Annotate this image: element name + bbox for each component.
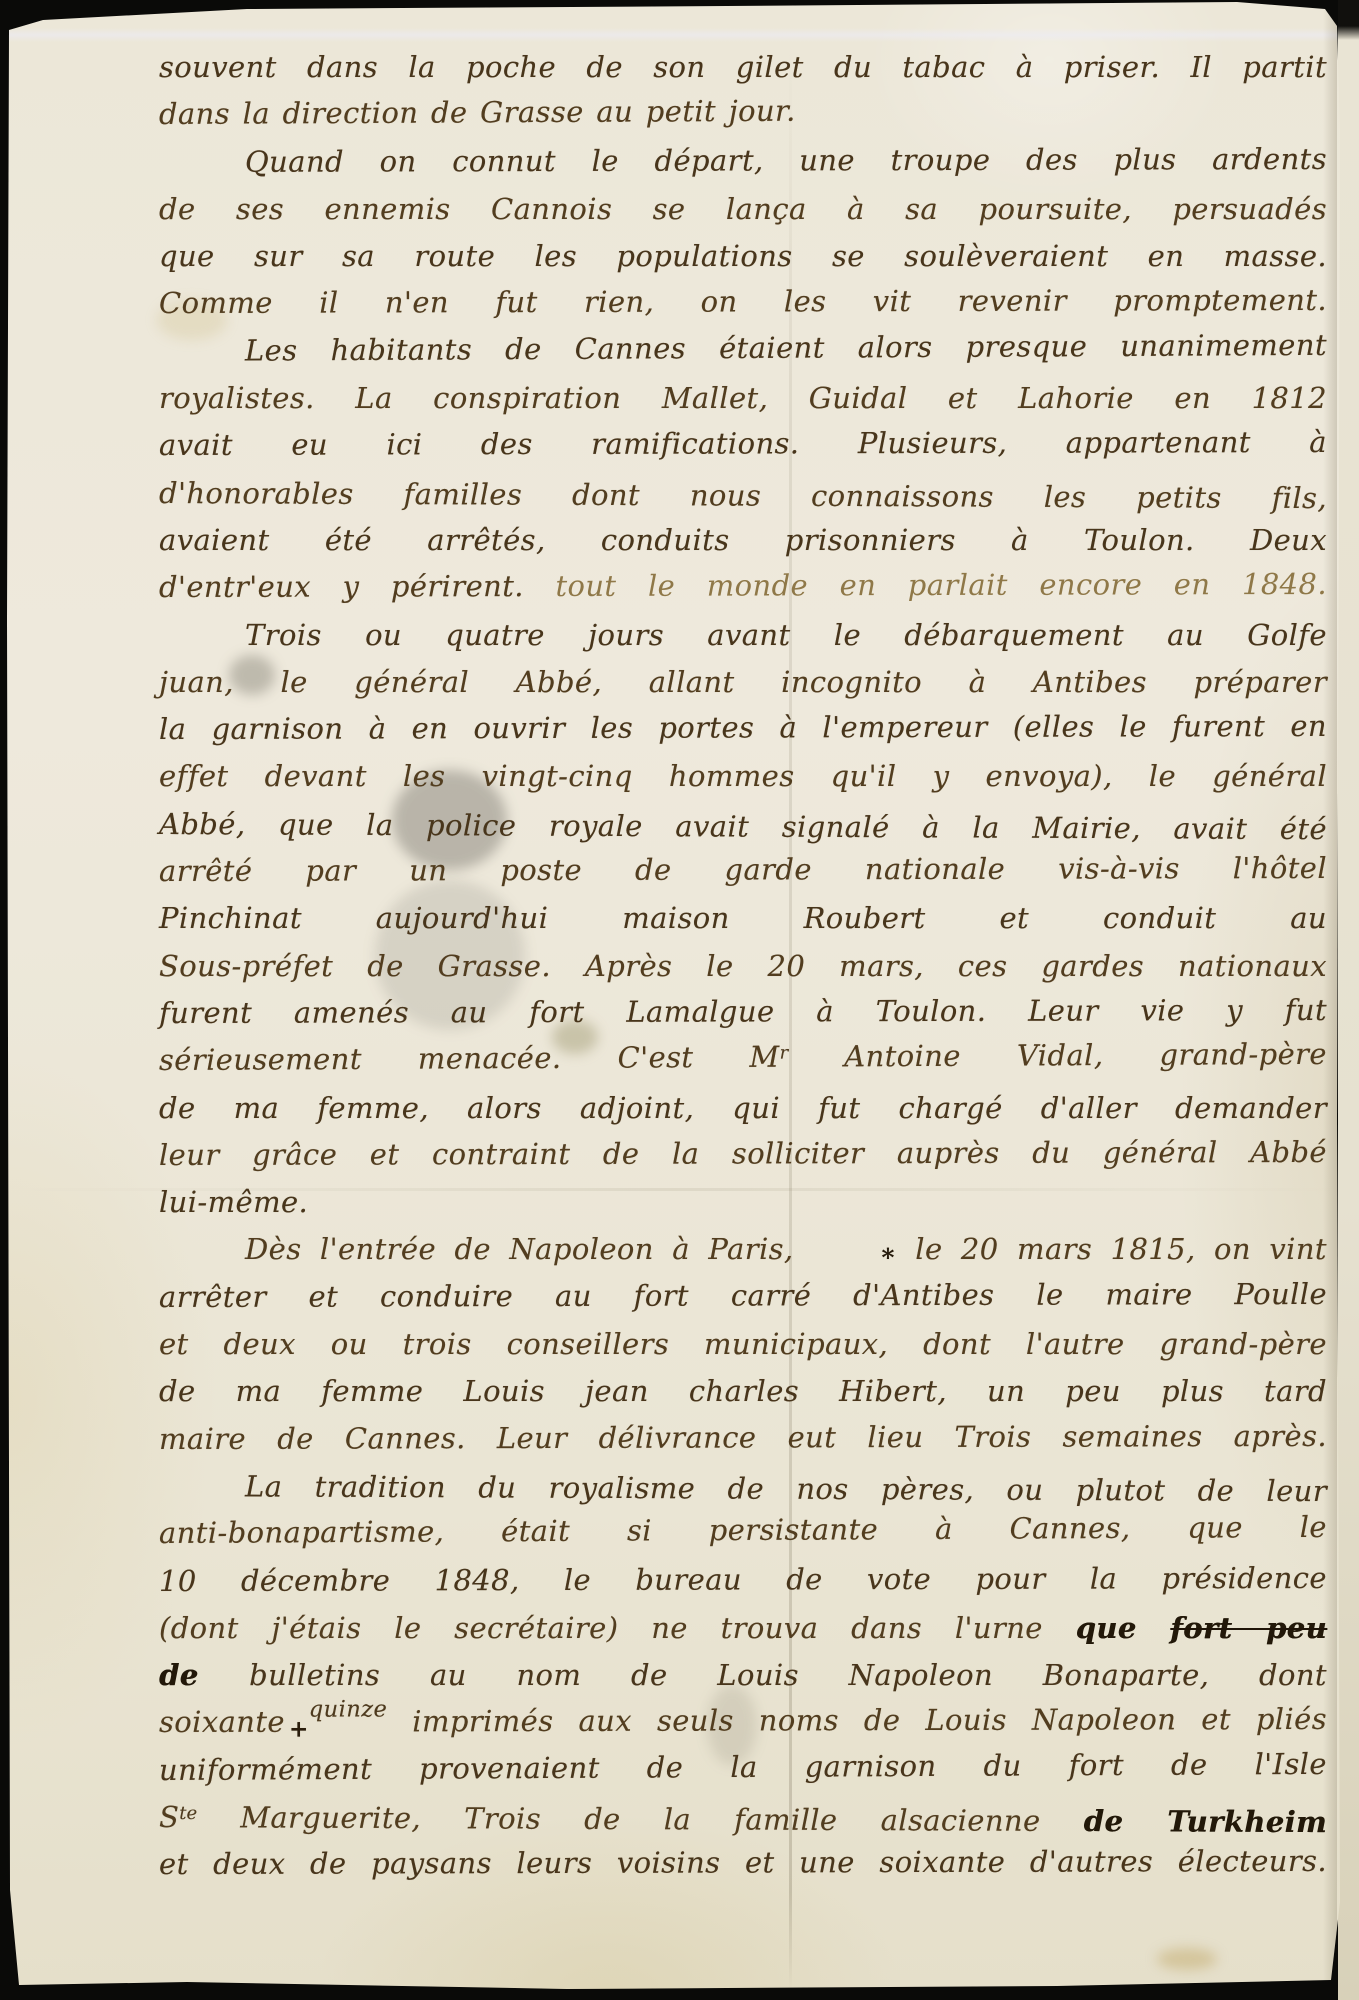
manuscript-line: Trois ou quatre jours avant le débarquem…	[159, 618, 1327, 665]
text-segment: de	[159, 1658, 249, 1692]
text-segment: Dès l'entrée de Napoleon à Paris,	[245, 1232, 794, 1266]
text-segment: uniformément provenaient de la garnison …	[159, 1747, 1327, 1787]
manuscript-line: effet devant les vingt-cinq hommes qu'il…	[159, 759, 1327, 806]
text-segment: imprimés aux seuls noms de Louis Napoleo…	[387, 1702, 1327, 1738]
text-segment: r	[779, 1043, 788, 1064]
text-segment: 10 décembre 1848, le bureau de vote pour…	[159, 1560, 1327, 1597]
text-segment: maire de Cannes. Leur délivrance eut lie…	[159, 1419, 1327, 1456]
text-segment: Comme il n'en fut rien, on les vit reven…	[159, 283, 1327, 320]
manuscript-line: arrêter et conduire au fort carré d'Anti…	[159, 1277, 1327, 1327]
text-segment: (dont j'étais le secrétaire) ne trouva d…	[159, 1611, 1076, 1645]
manuscript-line: que sur sa route les populations se soul…	[159, 239, 1327, 286]
manuscript-line: sérieusement menacée. C'est Mr Antoine V…	[159, 1037, 1327, 1090]
text-segment: d'entr'eux y périrent.	[159, 569, 556, 604]
manuscript-line: soixante+quinze imprimés aux seuls noms …	[159, 1702, 1327, 1752]
text-segment: *	[796, 1243, 895, 1272]
manuscript-line: d'entr'eux y périrent. tout le monde en …	[159, 567, 1327, 617]
text-segment: +	[289, 1716, 309, 1743]
text-segment: d'honorables familles dont nous connaiss…	[159, 476, 1327, 515]
adjacent-page-edge	[1338, 0, 1359, 2000]
text-segment: leur grâce et contraint de la solliciter…	[159, 1135, 1327, 1172]
manuscript-line: Comme il n'en fut rien, on les vit reven…	[159, 283, 1327, 333]
scan-light-band	[7, 28, 1343, 42]
text-segment: sérieusement menacée. C'est M	[159, 1040, 780, 1077]
manuscript-line: Sous-préfet de Grasse. Après le 20 mars,…	[159, 949, 1327, 996]
manuscript-line: et deux ou trois conseillers municipaux,…	[159, 1327, 1327, 1374]
yellow-spot-stain	[1157, 1948, 1217, 1970]
scanned-document: souvent dans la poche de son gilet du ta…	[0, 0, 1359, 2000]
text-segment: de ma femme, alors adjoint, qui fut char…	[159, 1091, 1327, 1125]
text-segment: et deux ou trois conseillers municipaux,…	[159, 1327, 1327, 1361]
manuscript-line: lui-même.	[159, 1185, 1327, 1232]
text-segment: anti-bonapartisme, était si persistante …	[159, 1510, 1327, 1550]
manuscript-line: juan, le général Abbé, allant incognito …	[159, 665, 1327, 712]
text-segment: de Turkheim	[1084, 1804, 1327, 1839]
manuscript-line: avait eu ici des ramifications. Plusieur…	[159, 425, 1327, 475]
text-segment: quinze	[309, 1697, 388, 1723]
manuscript-line: (dont j'étais le secrétaire) ne trouva d…	[159, 1611, 1327, 1658]
manuscript-line: leur grâce et contraint de la solliciter…	[159, 1135, 1327, 1185]
text-segment: La tradition du royalisme de nos pères, …	[245, 1469, 1327, 1508]
text-segment: dans la direction de Grasse au petit jou…	[159, 94, 796, 131]
manuscript-line: 10 décembre 1848, le bureau de vote pour…	[159, 1560, 1327, 1610]
text-segment: la garnison à en ouvrir les portes à l'e…	[159, 709, 1327, 746]
text-segment: Sous-préfet de Grasse. Après le 20 mars,…	[159, 949, 1327, 983]
manuscript-text: souvent dans la poche de son gilet du ta…	[159, 50, 1327, 1895]
text-segment: souvent dans la poche de son gilet du ta…	[159, 50, 1327, 84]
manuscript-line: de ses ennemis Cannois se lança à sa pou…	[159, 192, 1327, 239]
manuscript-line: furent amenés au fort Lamalgue à Toulon.…	[159, 993, 1327, 1043]
text-segment: Quand on connut le départ, une troupe de…	[245, 142, 1327, 179]
manuscript-line: la garnison à en ouvrir les portes à l'e…	[159, 709, 1327, 759]
text-segment: Trois ou quatre jours avant le débarquem…	[245, 618, 1327, 652]
text-segment: lui-même.	[159, 1185, 308, 1219]
text-segment: royalistes. La conspiration Mallet, Guid…	[159, 381, 1327, 415]
manuscript-line: d'honorables familles dont nous connaiss…	[159, 476, 1327, 528]
manuscript-line: Dès l'entrée de Napoleon à Paris,* le 20…	[159, 1232, 1327, 1279]
text-segment: que	[1076, 1611, 1171, 1645]
text-segment: Pinchinat aujourd'hui maison Roubert et …	[159, 901, 1327, 935]
text-segment: et deux de paysans leurs voisins et une …	[159, 1844, 1327, 1881]
text-segment: avaient été arrêtés, conduits prisonnier…	[159, 523, 1327, 557]
manuscript-line: et deux de paysans leurs voisins et une …	[159, 1844, 1327, 1894]
manuscript-line: anti-bonapartisme, était si persistante …	[159, 1510, 1327, 1563]
text-segment: juan, le général Abbé, allant incognito …	[159, 665, 1327, 699]
text-segment: furent amenés au fort Lamalgue à Toulon.…	[159, 993, 1327, 1030]
text-segment: arrêter et conduire au fort carré d'Anti…	[159, 1277, 1327, 1314]
manuscript-line: dans la direction de Grasse au petit jou…	[159, 91, 1327, 144]
text-segment: Les habitants de Cannes étaient alors pr…	[245, 328, 1327, 368]
text-segment: effet devant les vingt-cinq hommes qu'il…	[159, 759, 1327, 793]
manuscript-line: Les habitants de Cannes étaient alors pr…	[159, 328, 1327, 381]
text-segment: tout le monde en parlait encore en 1848.	[555, 567, 1327, 603]
text-segment: le 20 mars 1815, on vint	[897, 1232, 1327, 1266]
text-segment: Abbé, que la police royale avait signalé…	[159, 807, 1327, 846]
text-segment: te	[179, 1803, 197, 1824]
manuscript-line: uniformément provenaient de la garnison …	[159, 1747, 1327, 1800]
text-segment: arrêté par un poste de garde nationale v…	[159, 851, 1327, 888]
manuscript-line: maire de Cannes. Leur délivrance eut lie…	[159, 1419, 1327, 1469]
text-segment: bulletins au nom de Louis Napoleon Bonap…	[249, 1658, 1327, 1692]
text-segment: fort peu	[1170, 1611, 1327, 1645]
manuscript-line: Pinchinat aujourd'hui maison Roubert et …	[159, 901, 1327, 948]
text-segment: de ses ennemis Cannois se lança à sa pou…	[159, 192, 1327, 226]
manuscript-line: avaient été arrêtés, conduits prisonnier…	[159, 523, 1327, 570]
text-segment: soixante	[159, 1705, 285, 1739]
manuscript-line: arrêté par un poste de garde nationale v…	[159, 851, 1327, 901]
text-segment: Antoine Vidal, grand-père	[788, 1037, 1327, 1074]
manuscript-page: souvent dans la poche de son gilet du ta…	[7, 0, 1343, 1997]
manuscript-line: royalistes. La conspiration Mallet, Guid…	[159, 381, 1327, 428]
text-segment: Marguerite, Trois de la famille alsacien…	[197, 1800, 1084, 1838]
text-segment: de ma femme Louis jean charles Hibert, u…	[159, 1374, 1327, 1408]
manuscript-line: souvent dans la poche de son gilet du ta…	[159, 50, 1327, 97]
manuscript-line: Quand on connut le départ, une troupe de…	[159, 142, 1327, 192]
text-segment: que sur sa route les populations se soul…	[159, 239, 1327, 273]
text-segment: S	[159, 1800, 179, 1834]
manuscript-line: de ma femme, alors adjoint, qui fut char…	[159, 1091, 1327, 1138]
manuscript-line: de ma femme Louis jean charles Hibert, u…	[159, 1374, 1327, 1421]
text-segment: avait eu ici des ramifications. Plusieur…	[159, 425, 1327, 462]
